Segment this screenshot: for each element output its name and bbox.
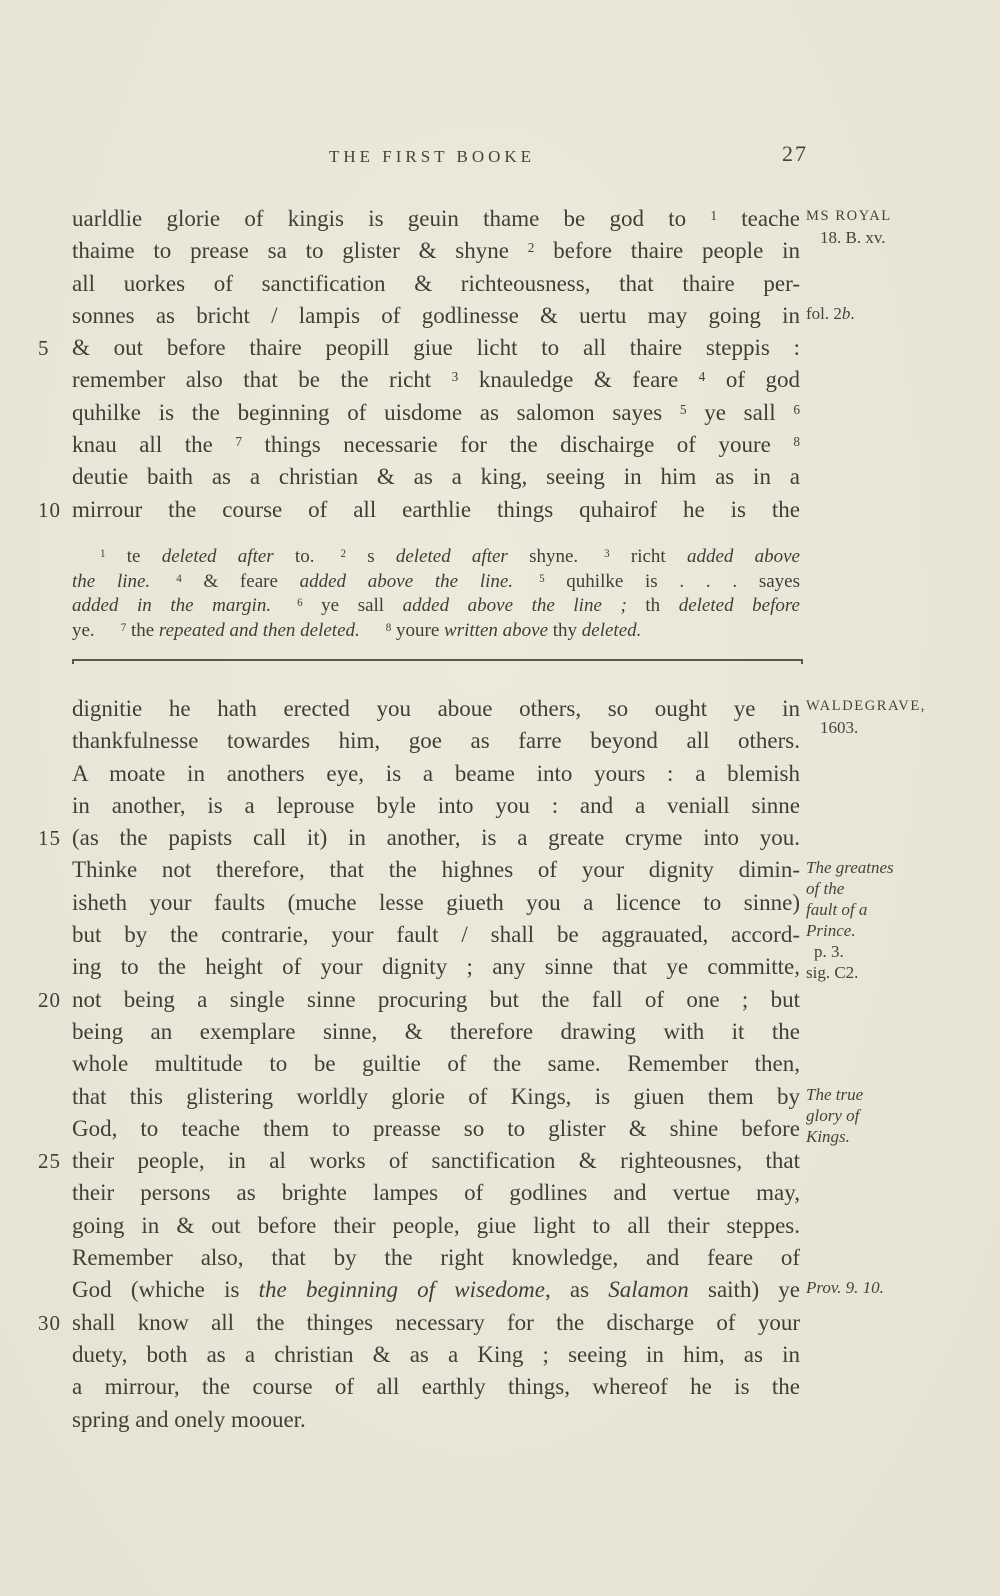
text-line: in another, is a leprouse byle into you …	[72, 790, 800, 822]
text-line: isheth your faults (muche lesse giueth y…	[72, 887, 800, 919]
text-run: sonnes as bricht / lampis of godlinesse …	[72, 303, 800, 328]
text-line: the line.4 & feare added above the line.…	[72, 570, 800, 595]
text-run: their persons as brighte lampes of godli…	[72, 1180, 800, 1205]
text-run: their people, in al works of sanctificat…	[72, 1148, 800, 1173]
text-run: p. 3.	[814, 942, 844, 961]
text-run: Prince.	[806, 921, 856, 940]
footnote-reference: 6	[297, 597, 303, 609]
text-line: 15(as the papists call it) in another, i…	[72, 822, 800, 854]
margin-note-line: Prince.	[806, 920, 1000, 941]
margin-note-line: WALDEGRAVE,	[806, 696, 1000, 717]
text-line: added in the margin.6 ye sall added abov…	[72, 594, 800, 619]
text-run: written above	[444, 620, 548, 641]
text-run: knau all the	[72, 432, 235, 457]
text-line: ye.7 the repeated and then deleted.8 you…	[72, 619, 800, 644]
text-run: , as	[545, 1277, 608, 1302]
text-line: Thinke not therefore, that the highnes o…	[72, 854, 800, 886]
margin-note-line: Prov. 9. 10.	[806, 1277, 1000, 1298]
margin-note: MS ROYAL18. B. xv.	[806, 206, 1000, 248]
text-run: Kings.	[806, 1127, 850, 1146]
text-line: knau all the 7 things necessarie for the…	[72, 429, 800, 461]
footnotes-block: 1 te deleted after to.2 s deleted after …	[72, 545, 800, 643]
text-run: added above the line.	[300, 571, 513, 592]
footnote-reference: 3	[452, 369, 459, 384]
text-run: quhilke is the beginning of uisdome as s…	[72, 400, 680, 425]
margin-note: The greatnesof thefault of aPrince.p. 3.…	[806, 857, 1000, 983]
text-run: ye.	[72, 620, 95, 641]
text-run: te	[106, 546, 162, 567]
margin-note-line: MS ROYAL	[806, 206, 1000, 227]
margin-note-line: of the	[806, 878, 1000, 899]
text-line: a mirrour, the course of all earthly thi…	[72, 1371, 800, 1403]
book-page-scan: THE FIRST BOOKE 27 uarldlie glorie of ki…	[0, 0, 1000, 1596]
text-run: ye sall	[303, 595, 403, 616]
text-run: whole multitude to be guiltie of the sam…	[72, 1051, 800, 1076]
text-run: ye sall	[687, 400, 794, 425]
text-run: remember also that be the richt	[72, 367, 452, 392]
text-run: Remember also, that by the right knowled…	[72, 1245, 800, 1270]
footnote-reference: 2	[340, 548, 346, 560]
line-number: 25	[38, 1145, 66, 1177]
footnote-reference: 4	[176, 573, 182, 585]
text-run: sig. C2.	[806, 963, 858, 982]
margin-note-line: p. 3.	[806, 941, 1000, 962]
footnote-separator-rule	[72, 659, 803, 661]
text-run: thy	[548, 620, 582, 641]
text-line: quhilke is the beginning of uisdome as s…	[72, 397, 800, 429]
footnote-reference: 3	[604, 548, 610, 560]
text-run: teache	[717, 206, 800, 231]
text-run: added above	[687, 546, 800, 567]
text-line: God (whiche is the beginning of wisedome…	[72, 1274, 800, 1306]
text-run: spring and onely moouer.	[72, 1407, 306, 1432]
text-line: remember also that be the richt 3 knaule…	[72, 364, 800, 396]
text-run: MS ROYAL	[806, 208, 892, 224]
text-run: quhilke is . . . sayes	[545, 571, 800, 592]
margin-note: The trueglory ofKings.	[806, 1084, 1000, 1147]
margin-note-line: The greatnes	[806, 857, 1000, 878]
text-run: The true	[806, 1085, 863, 1104]
text-line: thaime to prease sa to glister & shyne 2…	[72, 235, 800, 267]
footnote-reference: 7	[121, 622, 127, 634]
text-line: all uorkes of sanctification & richteous…	[72, 268, 800, 300]
text-run: WALDEGRAVE,	[806, 698, 926, 714]
margin-note: fol. 2b.	[806, 303, 1000, 324]
text-run: fault of a	[806, 900, 867, 919]
running-header: THE FIRST BOOKE	[0, 147, 864, 167]
text-run: deleted.	[582, 620, 642, 641]
text-line: Remember also, that by the right knowled…	[72, 1242, 800, 1274]
margin-note-line: glory of	[806, 1105, 1000, 1126]
footnote-reference: 1	[100, 548, 106, 560]
text-run: 1603.	[820, 718, 858, 737]
footnote-reference: 5	[539, 573, 545, 585]
text-line: sonnes as bricht / lampis of godlinesse …	[72, 300, 800, 332]
text-block-waldegrave: dignitie he hath erected you aboue other…	[72, 693, 800, 1436]
text-run: & feare	[182, 571, 300, 592]
text-line: 20not being a single sinne procuring but…	[72, 984, 800, 1016]
text-run: uarldlie glorie of kingis is geuin thame…	[72, 206, 710, 231]
text-line: 5& out before thaire peopill giue licht …	[72, 332, 800, 364]
footnote-reference: 7	[235, 434, 242, 449]
text-line: God, to teache them to preasse so to gli…	[72, 1113, 800, 1145]
line-number: 30	[38, 1307, 66, 1339]
text-run: the	[126, 620, 159, 641]
text-run: of the	[806, 879, 844, 898]
text-run: deutie baith as a christian & as a king,…	[72, 464, 800, 489]
footnote-reference: 2	[528, 240, 535, 255]
text-line: spring and onely moouer.	[72, 1404, 800, 1436]
text-run: in another, is a leprouse byle into you …	[72, 793, 800, 818]
text-line: thankfulnesse towardes him, goe as farre…	[72, 725, 800, 757]
text-line: their persons as brighte lampes of godli…	[72, 1177, 800, 1209]
text-run: richt	[610, 546, 687, 567]
text-run: knauledge & feare	[458, 367, 698, 392]
text-line: A moate in anothers eye, is a beame into…	[72, 758, 800, 790]
footnote-reference: 8	[386, 622, 392, 634]
text-line: uarldlie glorie of kingis is geuin thame…	[72, 203, 800, 235]
text-run: dignitie he hath erected you aboue other…	[72, 696, 800, 721]
text-run: God, to teache them to preasse so to gli…	[72, 1116, 800, 1141]
text-run: saith) ye	[689, 1277, 800, 1302]
text-line: that this glistering worldly glorie of K…	[72, 1081, 800, 1113]
text-run: th	[627, 595, 679, 616]
text-run: deleted after	[162, 546, 274, 567]
text-run: ing to the height of your dignity ; any …	[72, 954, 800, 979]
text-run: not being a single sinne procuring but t…	[72, 987, 800, 1012]
margin-note: WALDEGRAVE,1603.	[806, 696, 1000, 738]
text-run: (as the papists call it) in another, is …	[72, 825, 800, 850]
text-run: mirrour the course of all earthlie thing…	[72, 497, 800, 522]
text-run: 18. B. xv.	[820, 228, 886, 247]
text-line: dignitie he hath erected you aboue other…	[72, 693, 800, 725]
text-run: before thaire people in	[534, 238, 800, 263]
text-run: to.	[274, 546, 315, 567]
text-run: being an exemplare sinne, & therefore dr…	[72, 1019, 800, 1044]
text-run: the line.	[72, 571, 150, 592]
text-run: .	[850, 304, 854, 323]
text-run: going in & out before their people, giue…	[72, 1213, 800, 1238]
margin-note-line: The true	[806, 1084, 1000, 1105]
text-run: The greatnes	[806, 858, 894, 877]
text-run: Salamon	[608, 1277, 689, 1302]
footnote-reference: 8	[793, 434, 800, 449]
margin-note-line: 18. B. xv.	[806, 227, 1000, 248]
text-run: youre	[391, 620, 444, 641]
text-run: thankfulnesse towardes him, goe as farre…	[72, 728, 800, 753]
margin-note-line: sig. C2.	[806, 962, 1000, 983]
footnote-reference: 4	[699, 369, 706, 384]
margin-note-line: fault of a	[806, 899, 1000, 920]
text-run: shall know all the thinges necessary for…	[72, 1310, 800, 1335]
text-run: glory of	[806, 1106, 859, 1125]
text-run: of god	[705, 367, 800, 392]
text-run: deleted after	[396, 546, 508, 567]
text-run: Thinke not therefore, that the highnes o…	[72, 857, 800, 882]
text-run: repeated and then deleted.	[159, 620, 360, 641]
footnote-reference: 1	[710, 208, 717, 223]
text-run: s	[346, 546, 396, 567]
text-run: Prov. 9. 10.	[806, 1278, 884, 1297]
margin-note-line: Kings.	[806, 1126, 1000, 1147]
text-run: the beginning of wisedome	[259, 1277, 545, 1302]
text-run: but by the contrarie, your fault / shall…	[72, 922, 800, 947]
text-run: a mirrour, the course of all earthly thi…	[72, 1374, 800, 1399]
text-line: deutie baith as a christian & as a king,…	[72, 461, 800, 493]
text-line: 30shall know all the thinges necessary f…	[72, 1307, 800, 1339]
text-run: duety, both as a christian & as a King ;…	[72, 1342, 800, 1367]
text-run: isheth your faults (muche lesse giueth y…	[72, 890, 800, 915]
line-number: 5	[38, 332, 66, 364]
margin-note-line: 1603.	[806, 717, 1000, 738]
margin-note-line: fol. 2b.	[806, 303, 1000, 324]
text-line: 10mirrour the course of all earthlie thi…	[72, 494, 800, 526]
text-line: being an exemplare sinne, & therefore dr…	[72, 1016, 800, 1048]
page-number: 27	[782, 141, 808, 167]
text-line: duety, both as a christian & as a King ;…	[72, 1339, 800, 1371]
text-line: 1 te deleted after to.2 s deleted after …	[72, 545, 800, 570]
text-block-manuscript: uarldlie glorie of kingis is geuin thame…	[72, 203, 800, 526]
text-run: deleted before	[679, 595, 800, 616]
line-number: 10	[38, 494, 66, 526]
line-number: 20	[38, 984, 66, 1016]
text-run: A moate in anothers eye, is a beame into…	[72, 761, 800, 786]
text-run: things necessarie for the dischairge of …	[242, 432, 793, 457]
text-run: shyne.	[508, 546, 578, 567]
text-line: going in & out before their people, giue…	[72, 1210, 800, 1242]
text-run: added in the margin.	[72, 595, 271, 616]
footnote-reference: 6	[793, 402, 800, 417]
text-run: God (whiche is	[72, 1277, 259, 1302]
text-line: ing to the height of your dignity ; any …	[72, 951, 800, 983]
text-run: that this glistering worldly glorie of K…	[72, 1084, 800, 1109]
text-line: whole multitude to be guiltie of the sam…	[72, 1048, 800, 1080]
line-number: 15	[38, 822, 66, 854]
text-line: 25their people, in al works of sanctific…	[72, 1145, 800, 1177]
footnote-reference: 5	[680, 402, 687, 417]
text-run: added above the line ;	[403, 595, 627, 616]
text-line: but by the contrarie, your fault / shall…	[72, 919, 800, 951]
margin-note: Prov. 9. 10.	[806, 1277, 1000, 1298]
text-run: fol. 2	[806, 304, 842, 323]
text-run: thaime to prease sa to glister & shyne	[72, 238, 528, 263]
text-run: all uorkes of sanctification & richteous…	[72, 271, 800, 296]
text-run: & out before thaire peopill giue licht t…	[72, 335, 800, 360]
